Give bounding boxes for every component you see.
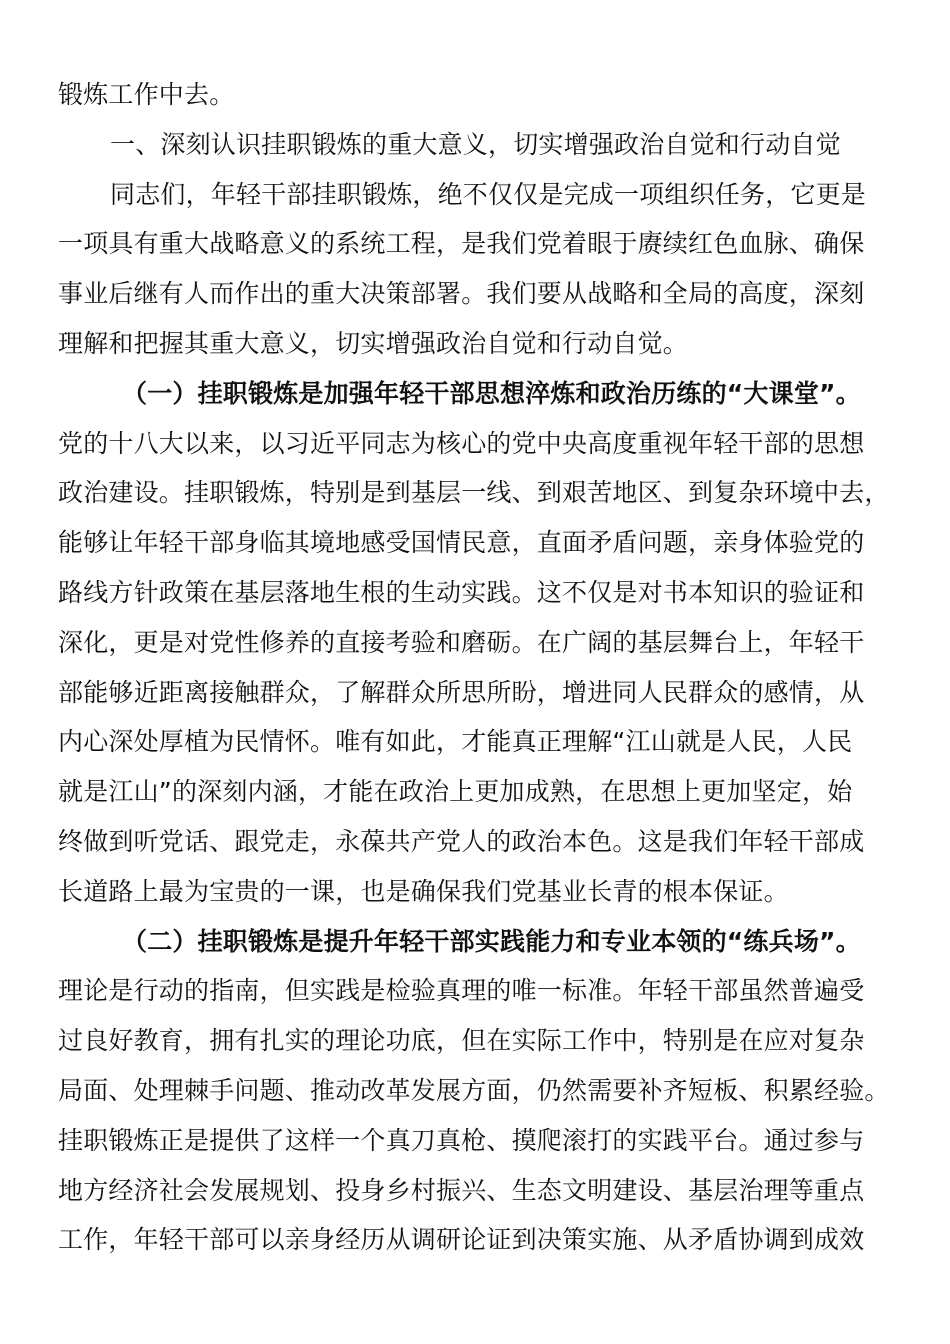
subsection-heading-2: （二）挂职锻炼是提升年轻干部实践能力和专业本领的“练兵场”。 [58,917,888,967]
paragraph-line: 部能够近距离接触群众，了解群众所思所盼，增进同人民群众的感情，从 [58,668,888,718]
paragraph-line: 局面、处理棘手问题、推动改革发展方面，仍然需要补齐短板、积累经验。 [58,1066,888,1116]
paragraph-line: 同志们，年轻干部挂职锻炼，绝不仅仅是完成一项组织任务，它更是 [58,170,888,220]
paragraph-line: 党的十八大以来，以习近平同志为核心的党中央高度重视年轻干部的思想 [58,419,888,469]
paragraph-line: 理解和把握其重大意义，切实增强政治自觉和行动自觉。 [58,319,888,369]
paragraph-line: 工作，年轻干部可以亲身经历从调研论证到决策实施、从矛盾协调到成效 [58,1215,888,1265]
paragraph-line: 挂职锻炼正是提供了这样一个真刀真枪、摸爬滚打的实践平台。通过参与 [58,1116,888,1166]
paragraph-line: 内心深处厚植为民情怀。唯有如此，才能真正理解“江山就是人民，人民 [58,717,888,767]
paragraph-line: 理论是行动的指南，但实践是检验真理的唯一标准。年轻干部虽然普遍受 [58,966,888,1016]
paragraph-line: 事业后继有人而作出的重大决策部署。我们要从战略和全局的高度，深刻 [58,269,888,319]
subsection-heading-1: （一）挂职锻炼是加强年轻干部思想淬炼和政治历练的“大课堂”。 [58,369,888,419]
text-line: 锻炼工作中去。 [58,70,888,120]
section-heading-1: 一、深刻认识挂职锻炼的重大意义，切实增强政治自觉和行动自觉 [58,120,888,170]
paragraph-line: 深化，更是对党性修养的直接考验和磨砺。在广阔的基层舞台上，年轻干 [58,618,888,668]
document-page: 锻炼工作中去。 一、深刻认识挂职锻炼的重大意义，切实增强政治自觉和行动自觉 同志… [58,70,888,1265]
paragraph-line: 政治建设。挂职锻炼，特别是到基层一线、到艰苦地区、到复杂环境中去， [58,468,888,518]
paragraph-line: 能够让年轻干部身临其境地感受国情民意，直面矛盾问题，亲身体验党的 [58,518,888,568]
paragraph-line: 地方经济社会发展规划、投身乡村振兴、生态文明建设、基层治理等重点 [58,1166,888,1216]
paragraph-line: 终做到听党话、跟党走，永葆共产党人的政治本色。这是我们年轻干部成 [58,817,888,867]
paragraph-line: 路线方针政策在基层落地生根的生动实践。这不仅是对书本知识的验证和 [58,568,888,618]
paragraph-line: 过良好教育，拥有扎实的理论功底，但在实际工作中，特别是在应对复杂 [58,1016,888,1066]
paragraph-line: 一项具有重大战略意义的系统工程，是我们党着眼于赓续红色血脉、确保 [58,219,888,269]
paragraph-line: 就是江山”的深刻内涵，才能在政治上更加成熟，在思想上更加坚定，始 [58,767,888,817]
paragraph-line: 长道路上最为宝贵的一课，也是确保我们党基业长青的根本保证。 [58,867,888,917]
